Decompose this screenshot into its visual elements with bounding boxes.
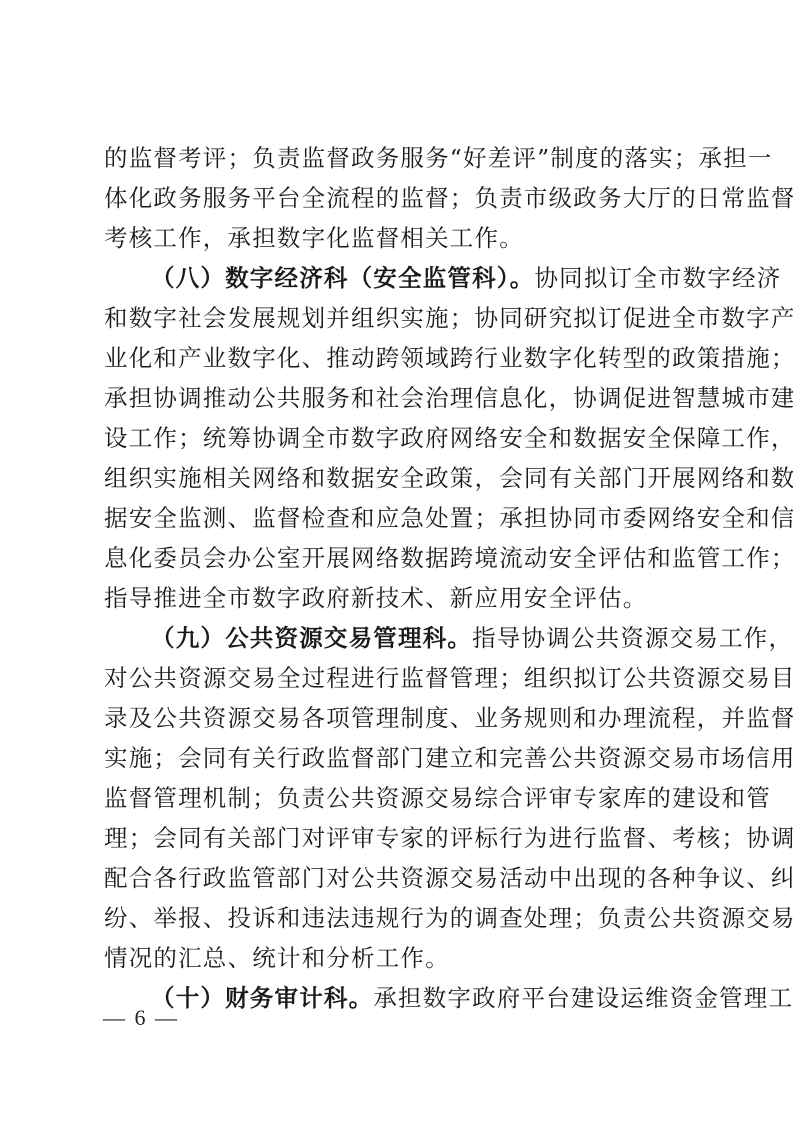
section-heading-10: （十）财务审计科。 <box>151 984 373 1012</box>
text-span: 承担数字政府平台建设运维资金管理工 <box>373 984 793 1012</box>
text-line: 理；会同有关部门对评审专家的评标行为进行监督、考核；协调、 <box>104 818 694 858</box>
text-line: 考核工作，承担数字化监督相关工作。 <box>104 218 694 258</box>
section-heading-8: （八）数字经济科（安全监管科）。 <box>151 264 534 292</box>
document-page: 的监督考评；负责监督政务服务“好差评”制度的落实；承担一 体化政务服务平台全流程… <box>104 138 694 1018</box>
text-line: 承担协调推动公共服务和社会治理信息化，协调促进智慧城市建 <box>104 378 694 418</box>
text-line: 录及公共资源交易各项管理制度、业务规则和办理流程，并监督 <box>104 698 694 738</box>
text-line: 情况的汇总、统计和分析工作。 <box>104 938 694 978</box>
section-9-first-line: （九）公共资源交易管理科。指导协调公共资源交易工作， <box>104 618 694 658</box>
text-line: 对公共资源交易全过程进行监督管理；组织拟订公共资源交易目 <box>104 658 694 698</box>
text-span: 指导协调公共资源交易工作， <box>472 624 793 652</box>
section-8-first-line: （八）数字经济科（安全监管科）。协同拟订全市数字经济 <box>104 258 694 298</box>
text-line: 体化政务服务平台全流程的监督；负责市级政务大厅的日常监督 <box>104 178 694 218</box>
text-span: 协同拟订全市数字经济 <box>534 264 781 292</box>
text-line: 业化和产业数字化、推动跨领域跨行业数字化转型的政策措施； <box>104 338 694 378</box>
section-10-first-line: （十）财务审计科。承担数字政府平台建设运维资金管理工 <box>104 978 694 1018</box>
text-line: 指导推进全市数字政府新技术、新应用安全评估。 <box>104 578 694 618</box>
text-line: 的监督考评；负责监督政务服务“好差评”制度的落实；承担一 <box>104 138 694 178</box>
text-line: 配合各行政监管部门对公共资源交易活动中出现的各种争议、纠 <box>104 858 694 898</box>
page-number: — 6 — <box>103 1005 179 1031</box>
text-line: 纷、举报、投诉和违法违规行为的调查处理；负责公共资源交易 <box>104 898 694 938</box>
text-line: 实施；会同有关行政监督部门建立和完善公共资源交易市场信用 <box>104 738 694 778</box>
text-line: 据安全监测、监督检查和应急处置；承担协同市委网络安全和信 <box>104 498 694 538</box>
text-line: 监督管理机制；负责公共资源交易综合评审专家库的建设和管 <box>104 778 694 818</box>
text-line: 和数字社会发展规划并组织实施；协同研究拟订促进全市数字产 <box>104 298 694 338</box>
text-line: 组织实施相关网络和数据安全政策，会同有关部门开展网络和数 <box>104 458 694 498</box>
section-heading-9: （九）公共资源交易管理科。 <box>151 624 472 652</box>
text-line: 设工作；统筹协调全市数字政府网络安全和数据安全保障工作， <box>104 418 694 458</box>
text-line: 息化委员会办公室开展网络数据跨境流动安全评估和监管工作； <box>104 538 694 578</box>
